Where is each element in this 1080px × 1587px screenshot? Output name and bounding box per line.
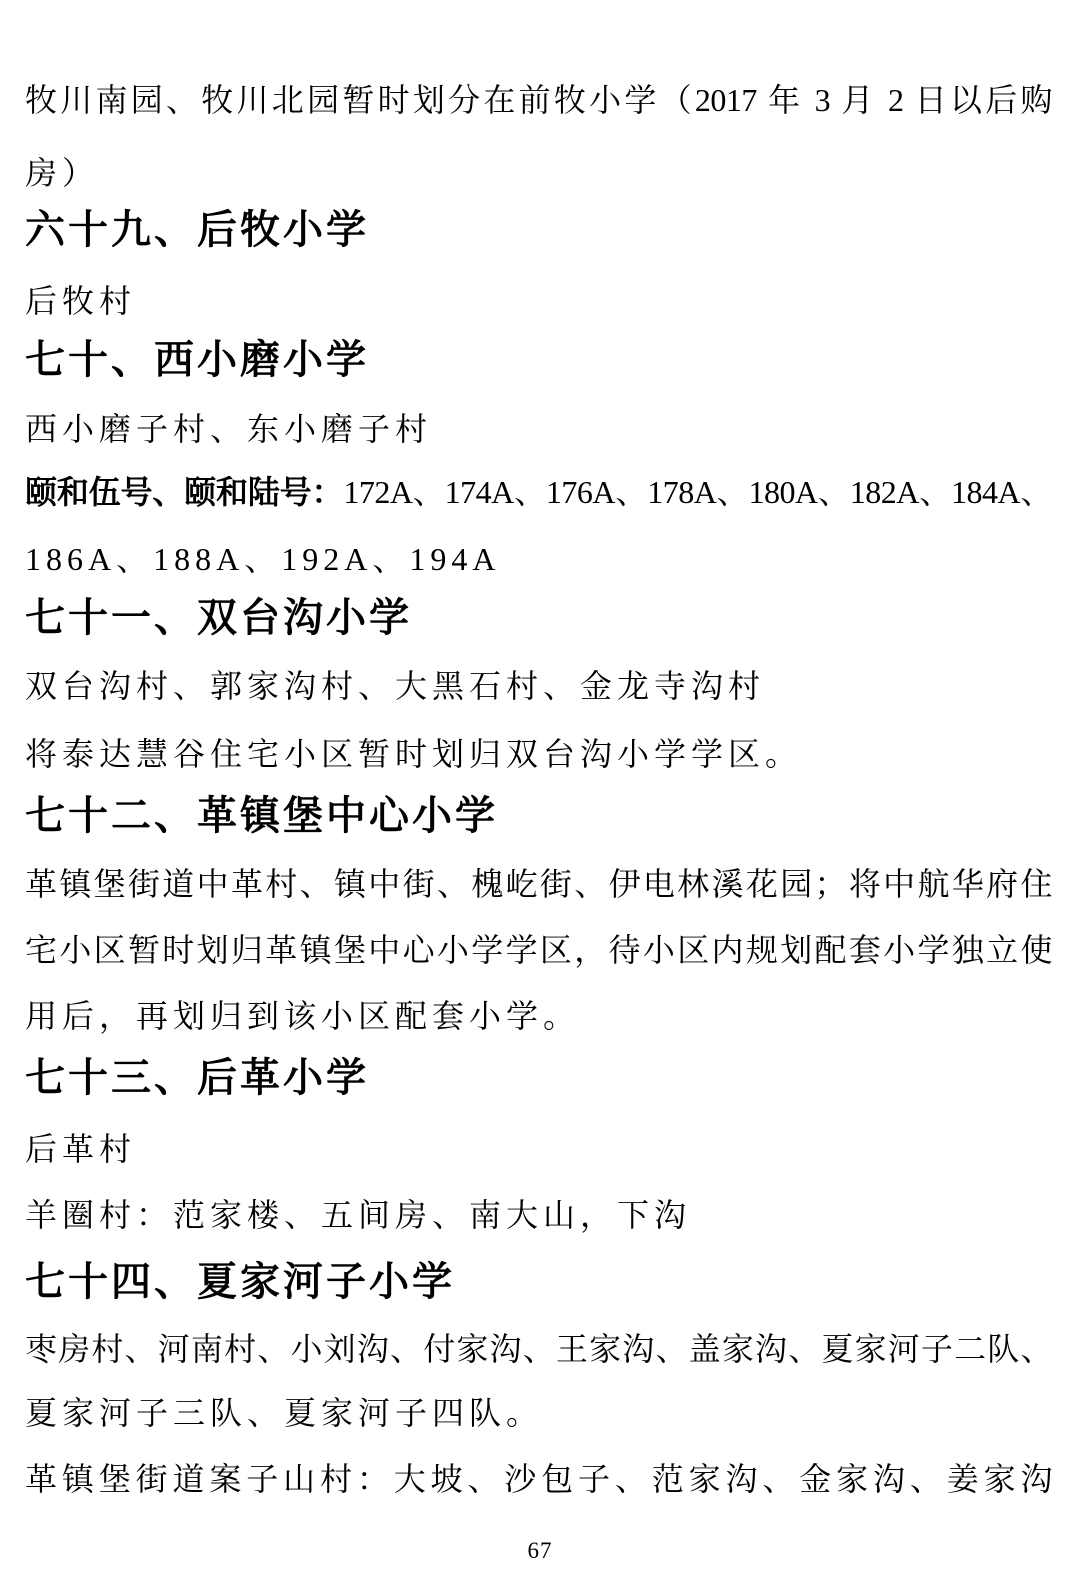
- section-heading-69-houmu: 六十九、后牧小学: [25, 206, 1052, 254]
- para-yangquan-village: 羊圈村：范家楼、五间房、南大山，下沟: [25, 1195, 1052, 1235]
- document-page: 牧川南园、牧川北园暂时划分在前牧小学（2017 年 3 月 2 日以后购 房） …: [0, 0, 1080, 1587]
- page-number: 67: [0, 1538, 1080, 1564]
- para-taida-huigu-note: 将泰达慧谷住宅小区暂时划归双台沟小学学区。: [25, 734, 1052, 774]
- para-xiajiahezi-line1: 枣房村、河南村、小刘沟、付家沟、王家沟、盖家沟、夏家河子二队、: [25, 1329, 1052, 1369]
- para-qianmu-note-line1: 牧川南园、牧川北园暂时划分在前牧小学（2017 年 3 月 2 日以后购: [25, 80, 1052, 120]
- section-heading-73-houge: 七十三、后革小学: [25, 1054, 1052, 1102]
- section-heading-72-gezhenbao: 七十二、革镇堡中心小学: [25, 792, 1052, 840]
- para-gezhenbao-line1: 革镇堡街道中革村、镇中街、槐屹街、伊电林溪花园；将中航华府住: [25, 864, 1052, 904]
- section-heading-71-shuangtaigou: 七十一、双台沟小学: [25, 594, 1052, 642]
- para-xiajiahezi-line2: 夏家河子三队、夏家河子四队。: [25, 1393, 1052, 1433]
- para-gezhenbao-line2: 宅小区暂时划归革镇堡中心小学学区，待小区内规划配套小学独立使: [25, 930, 1052, 970]
- section-heading-70-xixiaomo: 七十、西小磨小学: [25, 336, 1052, 384]
- para-gezhenbao-line3: 用后，再划归到该小区配套小学。: [25, 996, 1052, 1036]
- section-heading-74-xiajiahezi: 七十四、夏家河子小学: [25, 1258, 1052, 1306]
- yihe-number-list: 172A、174A、176A、178A、180A、182A、184A、: [343, 474, 1052, 510]
- para-anzishan-village: 革镇堡街道案子山村：大坡、沙包子、范家沟、金家沟、姜家沟: [25, 1459, 1052, 1499]
- para-yihe-numbers-line2: 186A、188A、192A、194A: [25, 539, 1052, 579]
- para-houmu-village: 后牧村: [25, 281, 1052, 321]
- para-shuangtaigou-villages: 双台沟村、郭家沟村、大黑石村、金龙寺沟村: [25, 666, 1052, 706]
- yihe-bold-label: 颐和伍号、颐和陆号：: [25, 474, 343, 510]
- para-yihe-numbers-line1: 颐和伍号、颐和陆号：172A、174A、176A、178A、180A、182A、…: [25, 472, 1052, 512]
- para-xixiaomo-villages: 西小磨子村、东小磨子村: [25, 409, 1052, 449]
- para-houge-village: 后革村: [25, 1129, 1052, 1169]
- para-qianmu-note-line2: 房）: [25, 153, 1052, 193]
